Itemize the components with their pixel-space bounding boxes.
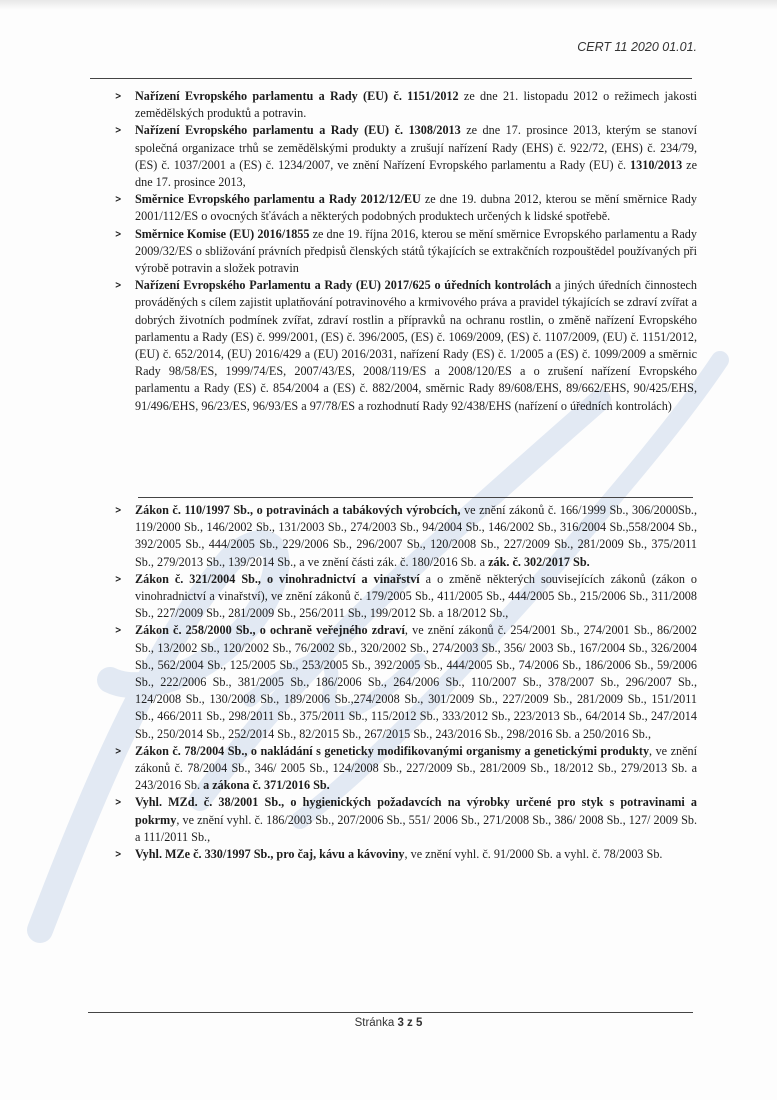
legislation-title: Zákon č. 110/1997 Sb., o potravinách a t… [135, 503, 461, 517]
page-label: Stránka [355, 1017, 395, 1029]
legislation-item: >Nařízení Evropského Parlamentu a Rady (… [112, 277, 697, 415]
legislation-item: >Nařízení Evropského parlamentu a Rady (… [112, 88, 697, 122]
legislation-text: , ve znění vyhl. č. 91/2000 Sb. a vyhl. … [405, 847, 663, 861]
legislation-item: >Zákon č. 258/2000 Sb., o ochraně veřejn… [112, 622, 697, 742]
legislation-item: >Nařízení Evropského parlamentu a Rady (… [112, 122, 697, 191]
arrow-bullet-icon: > [115, 622, 122, 639]
total-pages: 5 [416, 1017, 422, 1029]
page-footer: Stránka 3 z 5 [0, 1017, 777, 1029]
legislation-item: >Zákon č. 110/1997 Sb., o potravinách a … [112, 502, 697, 571]
arrow-bullet-icon: > [115, 88, 122, 105]
legislation-title: Vyhl. MZe č. 330/1997 Sb., pro čaj, kávu… [135, 847, 405, 861]
legislation-item: >Zákon č. 78/2004 Sb., o nakládání s gen… [112, 743, 697, 795]
legislation-title: Zákon č. 78/2004 Sb., o nakládání s gene… [135, 744, 649, 758]
arrow-bullet-icon: > [115, 502, 122, 519]
page-separator: z [407, 1017, 413, 1029]
legislation-text: , ve znění vyhl. č. 186/2003 Sb., 207/20… [135, 813, 697, 844]
legislation-item: >Vyhl. MZe č. 330/1997 Sb., pro čaj, káv… [112, 846, 697, 863]
arrow-bullet-icon: > [115, 122, 122, 139]
header-divider [90, 78, 692, 79]
legislation-text: a jiných úředních činnostech prováděných… [135, 278, 697, 412]
arrow-bullet-icon: > [115, 846, 122, 863]
eu-regulations-list: >Nařízení Evropského parlamentu a Rady (… [112, 88, 697, 415]
section-divider [138, 497, 693, 498]
legislation-title: Zákon č. 258/2000 Sb., o ochraně veřejné… [135, 623, 405, 637]
legislation-title: Nařízení Evropského parlamentu a Rady (E… [135, 123, 461, 137]
current-page: 3 [397, 1017, 403, 1029]
legislation-title: 1310/2013 [630, 158, 682, 172]
arrow-bullet-icon: > [115, 226, 122, 243]
legislation-title: Směrnice Evropského parlamentu a Rady 20… [135, 192, 421, 206]
arrow-bullet-icon: > [115, 277, 122, 294]
legislation-title: Zákon č. 321/2004 Sb., o vinohradnictví … [135, 572, 420, 586]
document-code: CERT 11 2020 01.01. [577, 40, 697, 54]
legislation-title: zák. č. 302/2017 Sb. [488, 555, 590, 569]
legislation-title: a zákona č. 371/2016 Sb. [203, 778, 330, 792]
arrow-bullet-icon: > [115, 571, 122, 588]
scan-edge-shadow [0, 0, 777, 10]
arrow-bullet-icon: > [115, 191, 122, 208]
arrow-bullet-icon: > [115, 794, 122, 811]
czech-laws-list: >Zákon č. 110/1997 Sb., o potravinách a … [112, 502, 697, 863]
legislation-title: Nařízení Evropského parlamentu a Rady (E… [135, 89, 459, 103]
arrow-bullet-icon: > [115, 743, 122, 760]
legislation-item: >Směrnice Evropského parlamentu a Rady 2… [112, 191, 697, 225]
footer-divider [88, 1012, 693, 1013]
legislation-text: , ve znění zákonů č. 254/2001 Sb., 274/2… [135, 623, 697, 740]
legislation-item: >Zákon č. 321/2004 Sb., o vinohradnictví… [112, 571, 697, 623]
legislation-title: Směrnice Komise (EU) 2016/1855 [135, 227, 309, 241]
legislation-title: Nařízení Evropského Parlamentu a Rady (E… [135, 278, 551, 292]
legislation-item: >Směrnice Komise (EU) 2016/1855 ze dne 1… [112, 226, 697, 278]
legislation-item: >Vyhl. MZd. č. 38/2001 Sb., o hygienický… [112, 794, 697, 846]
